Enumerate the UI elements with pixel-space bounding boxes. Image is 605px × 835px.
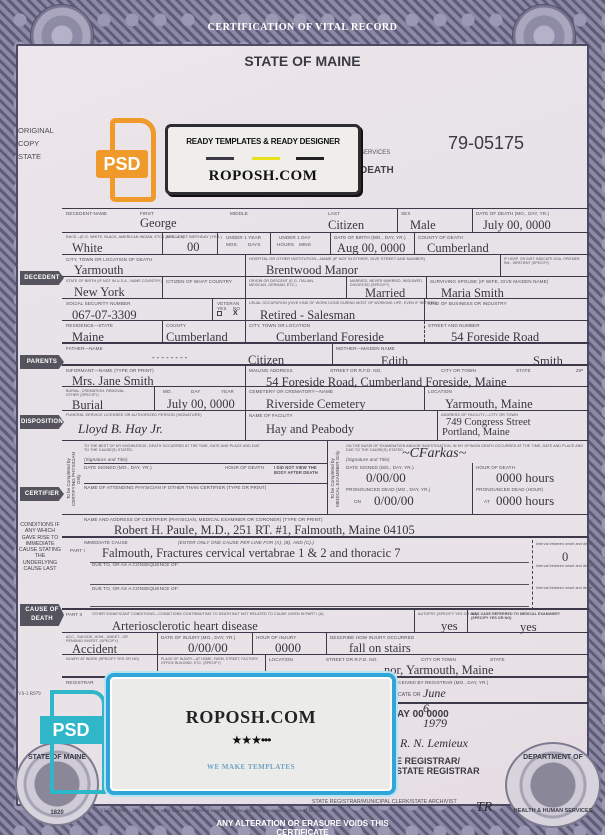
copy-label-copy: COPY [18, 137, 54, 150]
cemetery-label: CEMETERY OR CREMATORY—NAME [249, 389, 333, 394]
residence-street-label: STREET AND NUMBER [428, 323, 480, 328]
city-label: CITY OR TOWN [441, 368, 476, 373]
facility-label: NAME OF FACILITY [249, 413, 293, 418]
injury-date-cell: DATE OF INJURY (Mo., Day, Yr.) 0/00/00 [157, 633, 158, 654]
row-disposition: BURIAL, CREMATION, REMOVAL, OTHER (Speci… [62, 386, 589, 410]
spouse-label: SURVIVING SPOUSE (If wife, give maiden n… [430, 279, 548, 284]
row-name: DECEDENT-NAME FIRST MIDDLE LAST George C… [62, 208, 589, 232]
cause-instruction: (ENTER ONLY ONE CAUSE PER LINE FOR (a), … [178, 540, 314, 545]
disposition-day-label: DAY [191, 389, 200, 394]
disposition-month-label: MO. [163, 389, 172, 394]
cause-line-c-rule [90, 606, 529, 607]
copy-labels: ORIGINAL COPY STATE [18, 124, 54, 163]
autopsy-label: AUTOPSY (Specify Yes or No) [418, 612, 477, 616]
psd-file-badge-top: PSD [96, 118, 158, 202]
mailing-address-cell: MAILING ADDRESS STREET OR R.F.D. NO. CIT… [245, 366, 246, 386]
tab-certifier: CERTIFIER [20, 487, 64, 501]
copy-label-state: STATE [18, 150, 54, 163]
origin-cell: ORIGIN OR DESCENT (e.g. Italian, Mexican… [245, 277, 246, 298]
county-of-death-label: COUNTY OF DEATH [418, 235, 463, 240]
sex-value: Male [410, 218, 436, 233]
place-of-injury-label: PLACE OF INJURY—At home, farm, street, f… [161, 657, 261, 665]
pronounced-date-label: PRONOUNCED DEAD (Mo., Day, Yr.) [346, 487, 431, 492]
watermark-top-tagline: READY TEMPLATES & READY DESIGNER [168, 137, 358, 146]
injury-how-label: DESCRIBE HOW INJURY OCCURRED [330, 635, 414, 640]
injury-state-label: STATE [490, 657, 505, 662]
physician-divider [84, 463, 327, 464]
registrar-rule [374, 702, 589, 704]
part-one-label: PART I [70, 548, 85, 553]
injury-location-label: LOCATION [269, 657, 293, 662]
days-label: DAYS [248, 242, 261, 247]
autopsy-cell: AUTOPSY (Specify Yes or No) yes [414, 610, 415, 632]
injury-hour-cell: HOUR OF INJURY 0000 [252, 633, 253, 654]
tab-disposition: DISPOSITION [20, 415, 64, 429]
ssn-label: SOCIAL SECURITY NUMBER [66, 301, 130, 306]
pronounced-hour-label: PRONOUNCED DEAD (Hour) [476, 487, 543, 492]
examiner-signature-label: (Signature and Title) [346, 457, 390, 462]
disposition-method-label: BURIAL, CREMATION, REMOVAL, OTHER (Speci… [66, 389, 126, 397]
interval-label-b: Interval between onset and death [536, 564, 592, 568]
star-rating-icon: ★★★••• [110, 733, 392, 747]
spouse-cell: SURVIVING SPOUSE (If wife, give maiden n… [426, 277, 427, 298]
under-one-year-cell: UNDER 1 YEAR MOS. DAYS [217, 233, 218, 254]
date-of-death-cell: DATE OF DEATH (Mo., Day, Yr.) July 00, 0… [472, 209, 473, 232]
row-certifier-name: NAME AND ADDRESS OF CERTIFIER (PHYSICIAN… [62, 514, 589, 536]
interval-label-a: Interval between onset and death [536, 542, 592, 546]
under-one-day-label: UNDER 1 DAY [279, 235, 311, 240]
mother-cell: MOTHER—MAIDEN NAME Edith Smith [332, 344, 333, 364]
certificate-number: 79-05175 [448, 133, 524, 154]
did-not-view-label: I DID NOT VIEW THE BODY AFTER DEATH [274, 465, 326, 475]
disposition-date-cell: MO. DAY YEAR July 00, 0000 [154, 387, 155, 410]
watermark-top-bars [206, 157, 326, 161]
certifier-name-label: NAME AND ADDRESS OF CERTIFIER (PHYSICIAN… [84, 517, 323, 522]
watermark-top-site: ROPOSH.COM [168, 168, 358, 185]
father-first-value: -------- [152, 353, 189, 362]
row-race-age: RACE—(e.g. White, Black, American Indian… [62, 232, 589, 254]
part-two-label: PART II [66, 612, 82, 617]
dob-cell: DATE OF BIRTH (Mo., Day, Yr.) Aug 00, 00… [330, 233, 331, 254]
pronounced-on-prefix: ON [354, 499, 361, 504]
tab-parents: PARENTS [20, 355, 64, 369]
under-one-year-label: UNDER 1 YEAR [226, 235, 261, 240]
row-place-of-death: CITY, TOWN OR LOCATION OF DEATH Yarmouth… [62, 254, 589, 276]
mins-label: MINS [299, 242, 311, 247]
registrar-title: E REGISTRAR/ STATE REGISTRAR [396, 756, 480, 776]
zip-label: ZIP [576, 368, 583, 373]
top-banner: CERTIFICATION OF VITAL RECORD [200, 22, 405, 38]
origin-label: ORIGIN OR DESCENT (e.g. Italian, Mexican… [249, 279, 329, 287]
disposition-location-cell: LOCATION Yarmouth, Maine [424, 387, 425, 410]
examiner-vertical-note: To be Completed by MEDICAL EXAMINER Only [330, 449, 340, 509]
referred-label: WAS CASE REFERRED TO MEDICAL EXAMINER? (… [471, 612, 561, 620]
date-of-death-label: DATE OF DEATH (Mo., Day, Yr.) [476, 211, 549, 216]
examiner-divider [472, 463, 473, 515]
at-work-label: INJURY AT WORK (Specify Yes or No) [66, 657, 139, 661]
tab-cause-of-death: CAUSE OF DEATH [20, 604, 64, 626]
residence-city-cell: CITY, TOWN OR LOCATION Cumberland Foresi… [245, 321, 246, 342]
residence-street-cell: STREET AND NUMBER 54 Foreside Road [424, 321, 425, 342]
disposition-year-label: YEAR [221, 389, 234, 394]
father-name-label: FATHER—NAME [66, 346, 103, 351]
right-seal-top-text: DEPARTMENT OF [507, 754, 599, 761]
last-name-label: LAST [328, 211, 340, 216]
watermark-bottom: ROPOSH.COM ★★★••• WE MAKE TEMPLATES [106, 673, 396, 795]
citizen-of-label: CITIZEN OF WHAT COUNTRY [166, 279, 232, 284]
interval-a-value: 0 [562, 550, 568, 565]
disposition-location-label: LOCATION [428, 389, 452, 394]
injury-how-cell: DESCRIBE HOW INJURY OCCURRED fall on sta… [326, 633, 327, 654]
physician-divider-2 [84, 483, 327, 484]
street-label: STREET OR R.F.D. NO. [330, 368, 382, 373]
psd-label-top: PSD [96, 150, 148, 178]
form-code: VS-3 R979 [18, 692, 41, 697]
cause-line-a-rule [90, 562, 529, 563]
left-seal-year: 1820 [17, 810, 97, 816]
hospital-cell: HOSPITAL OR OTHER INSTITUTION—Name (If n… [245, 255, 246, 276]
pronounced-hour-value: 0000 hours [496, 493, 554, 509]
hosp-status-cell: IF HOSP. OR INST. Indicate DOA, OP/Emer.… [500, 255, 501, 276]
pronounced-date-value: 0/00/00 [374, 493, 414, 509]
row-cause-part-two: PART II OTHER SIGNIFICANT CONDITIONS—Con… [62, 608, 589, 632]
bar-dark [206, 157, 234, 160]
registrar-label: REGISTRAR [66, 680, 94, 685]
informant-name-label: INFORMANT—NAME (Type or Print) [66, 368, 154, 373]
business-cell: KIND OF BUSINESS OR INDUSTRY [424, 299, 425, 320]
interval-divider [532, 540, 533, 610]
row-certifier: To be Completed by CERTIFYING PHYSICIAN … [62, 440, 589, 514]
row-ssn-occupation: SOCIAL SECURITY NUMBER 067-07-3309 VETER… [62, 298, 589, 320]
decedent-last-name: Citizen [328, 218, 364, 233]
age-value: 00 [187, 240, 200, 255]
residence-state-label: RESIDENCE—STATE [66, 323, 113, 328]
hours-label: HOURS [277, 242, 294, 247]
veteran-yes-checkbox[interactable] [217, 311, 222, 316]
watermark-top: READY TEMPLATES & READY DESIGNER ROPOSH.… [165, 124, 361, 195]
physician-signature-label: (Signature and Title) [84, 457, 128, 462]
facility-address-line2: Portland, Maine [442, 427, 510, 438]
under-one-day-cell: UNDER 1 DAY HOURS MINS [270, 233, 271, 254]
facility-value: Hay and Peabody [266, 422, 354, 437]
due-to-label-2: DUE TO, OR AS A CONSEQUENCE OF: [92, 586, 179, 591]
row-cause-part-one: IMMEDIATE CAUSE (ENTER ONLY ONE CAUSE PE… [62, 536, 589, 608]
funeral-signature: Lloyd B. Hay Jr. [78, 421, 163, 437]
pronounced-at-prefix: AT [484, 499, 490, 504]
decedent-name-label: DECEDENT-NAME [66, 211, 107, 216]
registrar-date: AY 00 0000 [397, 709, 449, 720]
injury-city-label: CITY OR TOWN [421, 657, 456, 662]
hospital-label: HOSPITAL OR OTHER INSTITUTION—Name (If n… [249, 257, 425, 261]
referred-cell: WAS CASE REFERRED TO MEDICAL EXAMINER? (… [467, 610, 468, 632]
registrar-title-line2: STATE REGISTRAR [396, 766, 480, 776]
row-informant: INFORMANT—NAME (Type or Print) Mrs. Jane… [62, 364, 589, 386]
watermark-bottom-tagline: WE MAKE TEMPLATES [110, 763, 392, 771]
date-of-death-value: July 00, 0000 [483, 218, 551, 233]
examiner-date-signed-value: 0/00/00 [366, 470, 406, 486]
bar-yellow [252, 157, 280, 160]
veteran-no-checkbox[interactable]: X [233, 310, 238, 317]
examiner-signature: ~CFarkas~ [402, 446, 466, 462]
facility-cell: NAME OF FACILITY Hay and Peabody [245, 411, 246, 440]
row-parents: FATHER—NAME -------- Citizen MOTHER—MAID… [62, 342, 589, 364]
middle-name-label: MIDDLE [230, 211, 248, 216]
occupation-cell: USUAL OCCUPATION (Give kind of work done… [245, 299, 246, 320]
state-label: STATE [516, 368, 531, 373]
bottom-banner: ANY ALTERATION OR ERASURE VOIDS THIS CER… [195, 819, 410, 833]
sex-cell: SEX Male [397, 209, 398, 232]
tab-decedent: DECEDENT [20, 271, 64, 285]
mos-label: MOS. [226, 242, 238, 247]
citizen-of-cell: CITIZEN OF WHAT COUNTRY [162, 277, 163, 298]
right-seal-bottom-text: HEALTH & HUMAN SERVICES [507, 808, 599, 814]
psd-file-badge-bottom: PSD [50, 690, 110, 800]
mother-name-label: MOTHER—MAIDEN NAME [336, 346, 395, 351]
bar-black [296, 157, 324, 160]
sub-heading-death: DEATH [360, 165, 394, 176]
business-label: KIND OF BUSINESS OR INDUSTRY [428, 301, 507, 306]
attending-physician-label: NAME OF ATTENDING PHYSICIAN IF OTHER THA… [84, 485, 266, 490]
department-seal: DEPARTMENT OF HEALTH & HUMAN SERVICES [505, 742, 601, 828]
veteran-cell: VETERAN Yes No X [212, 299, 213, 320]
hosp-status-label: IF HOSP. OR INST. Indicate DOA, OP/Emer.… [504, 257, 588, 265]
archivist-label: STATE REGISTRAR/MUNICIPAL CLERK/STATE AR… [312, 799, 457, 805]
death-record-form: DECEDENT-NAME FIRST MIDDLE LAST George C… [62, 208, 589, 728]
sub-heading-services: SERVICES [360, 150, 390, 156]
medical-examiner-cell: To be Completed by MEDICAL EXAMINER Only… [327, 441, 328, 514]
city-of-death-label: CITY, TOWN OR LOCATION OF DEATH [66, 257, 152, 262]
state-title: STATE OF MAINE [0, 53, 605, 69]
injury-street-label: STREET OR R.F.D. NO. [326, 657, 378, 662]
county-of-death-cell: COUNTY OF DEATH Cumberland [414, 233, 415, 254]
other-conditions-label: OTHER SIGNIFICANT CONDITIONS—Conditions … [92, 612, 324, 616]
physician-date-signed-label: DATE SIGNED (Mo., Day, Yr.) [84, 465, 152, 470]
marital-cell: MARRIED, NEVER MARRIED, WIDOWED, DIVORCE… [346, 277, 347, 298]
examiner-hour-value: 0000 hours [496, 470, 554, 486]
decedent-first-name: George [140, 216, 177, 231]
row-residence: RESIDENCE—STATE Maine COUNTY Cumberland … [62, 320, 589, 342]
psd-label-bottom: PSD [40, 716, 102, 744]
registrar-title-line1: E REGISTRAR/ [396, 756, 480, 766]
birth-state-label: STATE OF BIRTH (If not in U.S.A., name c… [66, 279, 162, 283]
interval-label-c: Interval between onset and death [536, 586, 592, 590]
residence-city-label: CITY, TOWN OR LOCATION [249, 323, 310, 328]
age-label: AGE—Last Birthday (Yrs.) [166, 235, 222, 239]
sex-label: SEX [401, 211, 411, 216]
validity-note: VS-31 R0606 · This copy not valid unless… [100, 809, 328, 814]
physician-statement: To the best of my knowledge, death occur… [84, 444, 264, 452]
mailing-address-label: MAILING ADDRESS [249, 368, 293, 373]
age-cell: AGE—Last Birthday (Yrs.) 00 [162, 233, 163, 254]
occupation-label: USUAL OCCUPATION (Give kind of work done… [249, 301, 437, 305]
row-injury: ACC., SUICIDE, HOM., UNDET., OR PENDING … [62, 632, 589, 654]
row-funeral: FUNERAL SERVICE LICENSEE or authorized p… [62, 410, 589, 440]
immediate-cause-label: IMMEDIATE CAUSE [84, 540, 128, 545]
initials: TR [476, 800, 492, 816]
registrar-signature: R. N. Lemieux [400, 736, 468, 751]
residence-county-label: COUNTY [166, 323, 186, 328]
row-birth-marital: STATE OF BIRTH (If not in U.S.A., name c… [62, 276, 589, 298]
cemetery-cell: CEMETERY OR CREMATORY—NAME Riverside Cem… [245, 387, 246, 410]
physician-vertical-note: To be Completed by CERTIFYING PHYSICIAN … [66, 449, 81, 509]
copy-label-original: ORIGINAL [18, 124, 54, 137]
cause-line-a: Falmouth, Fractures cervical vertabrae 1… [102, 546, 401, 561]
hour-of-death-label: HOUR OF DEATH [225, 465, 264, 470]
facility-address-cell: ADDRESS OF FACILITY—CITY OR TOWN 749 Con… [437, 411, 438, 440]
residence-county-cell: COUNTY Cumberland [162, 321, 163, 342]
dob-label: DATE OF BIRTH (Mo., Day, Yr.) [334, 235, 406, 240]
conditions-note: CONDITIONS IF ANY WHICH GAVE RISE TO IMM… [18, 522, 62, 572]
funeral-licensee-label: FUNERAL SERVICE LICENSEE or authorized p… [66, 413, 202, 417]
cause-line-b-rule [90, 584, 529, 585]
watermark-bottom-site: ROPOSH.COM [110, 707, 392, 728]
